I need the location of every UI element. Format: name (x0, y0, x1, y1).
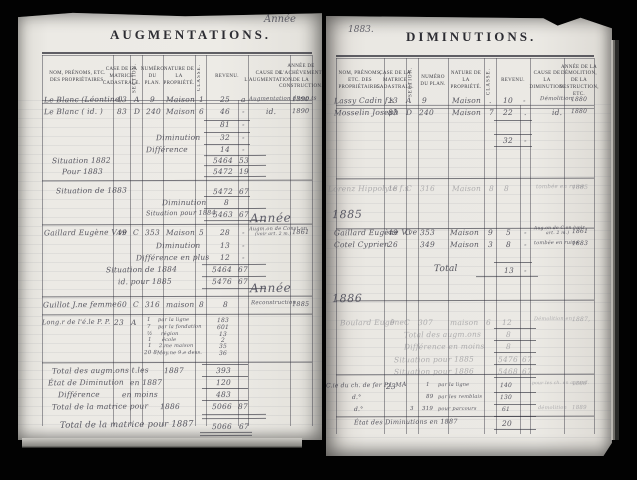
handwriting-entry: 5464 (213, 156, 233, 165)
handwriting-entry: a (241, 95, 246, 104)
handwriting-entry: Total de la matrice pour 1887 (60, 419, 194, 430)
table-column-line (564, 58, 565, 434)
year-handwritten-note: 1883. (348, 25, 374, 35)
handwriting-entry: Situation 1882 (52, 156, 111, 166)
handwriting-entry: 5472 (213, 167, 233, 176)
handwriting-entry: 393 (216, 366, 231, 375)
handwriting-entry: démolition (538, 405, 567, 411)
left-page-augmentations: AUGMENTATIONS. Année NOM, PRÉNOMS, ETC. … (18, 12, 322, 440)
handwriting-entry: Situation de 1883 (56, 186, 127, 196)
handwriting-entry: Long.r de l'é.le P. P. (42, 318, 110, 327)
handwriting-entry: 1885 (292, 300, 309, 308)
handwriting-entry: D (406, 108, 412, 117)
handwriting-entry: 353 (145, 228, 160, 237)
handwriting-entry: 1 (148, 343, 152, 349)
handwriting-entry: 8 (506, 240, 511, 249)
handdrawn-sum-line (202, 388, 248, 389)
handwriting-entry: 8 (223, 300, 228, 309)
handwriting-entry: 1885 (332, 208, 363, 221)
handwriting-entry: 26 (388, 240, 398, 249)
handwriting-entry: 25 (220, 95, 230, 104)
handwriting-entry: 240 (146, 107, 161, 116)
handwriting-entry: 81 (220, 120, 230, 129)
handwriting-entry: par la fondation (158, 324, 202, 330)
handwriting-entry: 7 (489, 108, 494, 117)
handwriting-entry: 319 (422, 406, 433, 412)
handwriting-entry: 32 (220, 133, 230, 142)
handwriting-entry: Total de la matrice pour (52, 401, 148, 411)
handwriting-entry: - (523, 96, 526, 105)
handwriting-entry: 49 (117, 228, 127, 237)
handwriting-entry: Démolition (540, 96, 573, 102)
handdrawn-sum-line (494, 364, 536, 365)
handdrawn-separator (336, 178, 594, 180)
handwriting-entry: 316 (145, 300, 160, 309)
handwriting-entry: 53 (239, 156, 249, 165)
handwriting-entry: D (134, 107, 140, 116)
handwriting-entry: 67 (238, 265, 248, 274)
handwriting-entry: 1887 (164, 366, 184, 375)
handwriting-entry: 353 (420, 228, 435, 237)
handwriting-entry: - (242, 241, 245, 250)
handwriting-entry: 3 (410, 406, 414, 412)
table-column-line (520, 105, 521, 434)
table-column-line (448, 58, 449, 434)
handwriting-entry: C (133, 300, 139, 309)
handwriting-entry: 28 (220, 228, 230, 237)
header-cell-section: SECTION. (131, 57, 141, 98)
header-cell-annee: ANNÉE de l'achèvement de la construction… (291, 57, 311, 98)
handwriting-entry: Le Blanc ( id. ) (44, 107, 103, 117)
handwriting-entry: 23 (386, 382, 396, 391)
handwriting-entry: 83 (388, 108, 398, 117)
handwriting-entry: 3 (488, 240, 493, 249)
handdrawn-separator (336, 300, 594, 302)
augmentations-title: AUGMENTATIONS. (110, 27, 271, 43)
handwriting-entry: 8 (506, 342, 511, 351)
handwriting-entry: 19 (239, 167, 249, 176)
handdrawn-sum-line (494, 404, 536, 405)
header-cell-revenu: REVENU. (207, 57, 247, 98)
handdrawn-sum-line (494, 328, 536, 329)
handdrawn-sum-line (202, 364, 248, 365)
handwriting-entry: maison (166, 300, 194, 309)
handwriting-entry: 601 (217, 324, 229, 331)
handwriting-entry: 67 (239, 187, 249, 196)
handwriting-entry: 1 (199, 95, 204, 104)
handwriting-entry: 67 (522, 367, 532, 376)
handwriting-entry: Situation pour 1885 (394, 355, 474, 365)
handwriting-entry: 89 (426, 394, 433, 400)
handwriting-entry: d.° (354, 406, 363, 413)
handdrawn-sum-line (494, 146, 532, 147)
handwriting-entry: 7 (147, 324, 151, 330)
handwriting-entry: 67 (238, 277, 248, 286)
header-cell-numero: NUMÉRO du PLAN. (143, 57, 162, 98)
handwriting-entry: 8 (506, 330, 511, 339)
handwriting-entry: 6 (486, 318, 491, 327)
handwriting-entry: 14 (220, 145, 230, 154)
handwriting-entry: Maison (166, 228, 195, 237)
handwriting-entry: Cotel Cyprien (334, 240, 389, 250)
handwriting-entry: 46 (220, 107, 230, 116)
handwriting-entry: Situation pour 1886 (394, 367, 474, 377)
handwriting-entry: 130 (500, 394, 512, 401)
handwriting-entry: Total (434, 264, 458, 274)
handdrawn-sum-line (476, 276, 538, 277)
handdrawn-sum-line (494, 352, 536, 353)
handwriting-entry: Année (250, 281, 291, 295)
handwriting-entry: 10 (503, 96, 513, 105)
table-column-line (594, 58, 595, 434)
handwriting-entry: 1890 (292, 107, 309, 115)
handdrawn-sum-line (200, 432, 252, 433)
handwriting-entry: 1880 (571, 96, 587, 103)
handdrawn-sum-line (202, 376, 248, 377)
handwriting-entry: Total des augm.ons t.les (52, 365, 149, 375)
handwriting-entry: Guillot J.ne femme (43, 300, 117, 310)
handwriting-entry: Moy.ne 9.e dess. (157, 350, 202, 356)
handwriting-entry: - (524, 136, 527, 145)
handwriting-entry: 2.me maison (159, 343, 193, 349)
handdrawn-separator (42, 180, 312, 182)
handwriting-entry: 8 (489, 184, 494, 193)
handwriting-entry: d.° (352, 394, 361, 401)
handwriting-entry: 13 (220, 241, 230, 250)
corner-handwritten-note: Année (264, 14, 296, 25)
handdrawn-sum-line (494, 416, 536, 417)
handdrawn-sum-line (494, 392, 536, 393)
handwriting-entry: 5464 (212, 265, 232, 274)
handwriting-entry: 67 (522, 355, 532, 364)
handwriting-entry: 1883 (572, 240, 588, 247)
handwriting-entry: . (489, 96, 492, 105)
header-cell-classe: CLASSE. (196, 57, 205, 98)
handwriting-entry: 9 (390, 318, 395, 327)
handwriting-entry: 8 (199, 300, 204, 309)
handwriting-entry: Année (250, 211, 291, 225)
handwriting-entry: . (524, 108, 527, 117)
handwriting-entry: Situation pour 1884 (146, 209, 216, 218)
table-column-line (290, 55, 291, 426)
handwriting-entry: Maison (166, 107, 195, 116)
handwriting-entry: 1861 (292, 228, 309, 236)
handwriting-entry: Différence en moins (404, 342, 485, 352)
table-column-line (42, 55, 43, 426)
handwriting-entry: 316 (420, 184, 435, 193)
handdrawn-sum-line (494, 120, 532, 121)
handwriting-entry: Diminution (156, 133, 200, 142)
handwriting-entry: - (242, 107, 245, 116)
diminutions-title: DIMINUTIONS. (406, 29, 536, 45)
handdrawn-sum-line (200, 435, 252, 436)
handwriting-entry: 5066 (212, 422, 232, 431)
handwriting-entry: 8 (224, 198, 229, 207)
table-column-line (312, 55, 313, 426)
handwriting-entry: Maison (452, 184, 481, 193)
handwriting-entry: 12 (220, 253, 230, 262)
handwriting-entry: par les remblais (438, 394, 482, 400)
handwriting-entry: 1880 (571, 108, 587, 115)
table-column-line (206, 55, 207, 426)
page-stack-edge (611, 40, 619, 440)
handdrawn-sum-line (494, 377, 536, 378)
handwriting-entry: Différence (146, 145, 188, 154)
handwriting-entry: Maison (166, 95, 195, 104)
header-cell-nom: NOM, PRÉNOMS, ETC. des PROPRIÉTAIRES. (43, 57, 112, 98)
handwriting-entry: 1886 (572, 381, 587, 387)
handwriting-entry: Diminution (156, 241, 200, 250)
handwriting-entry: 1885 (572, 184, 588, 191)
handwriting-entry: 20 (502, 419, 512, 428)
handwriting-entry: - (242, 120, 245, 129)
handwriting-entry: (voir art. 2 m.) (255, 232, 292, 237)
handwriting-entry: 1886 (160, 402, 180, 411)
handwriting-entry: Maison (450, 228, 479, 237)
handwriting-entry: A (402, 381, 407, 388)
page-underlay-edge (22, 438, 302, 448)
handwriting-entry: en moins (122, 390, 158, 399)
handwriting-entry: 140 (500, 382, 512, 389)
handwriting-entry: 60 (117, 300, 127, 309)
handwriting-entry: 483 (216, 390, 231, 399)
handwriting-entry: 5468 (498, 367, 518, 376)
handwriting-entry: 49 (388, 228, 398, 237)
handwriting-entry: - (524, 228, 527, 237)
handwriting-entry: 9 (150, 95, 155, 104)
handwriting-entry: id. (552, 108, 562, 117)
handwriting-entry: - (242, 133, 245, 142)
handwriting-entry: Total des augm.ons (404, 330, 481, 340)
handwriting-entry: 67 (239, 422, 249, 431)
handwriting-entry: 20 8 (144, 350, 157, 356)
handdrawn-separator (42, 296, 312, 298)
handwriting-entry: 5 (506, 228, 511, 237)
handwriting-entry: Démolition en (534, 316, 572, 322)
handdrawn-separator (42, 362, 312, 364)
handwriting-entry: C (404, 318, 410, 327)
handwriting-entry: Lassy Cadin f.s (334, 96, 394, 106)
handwriting-entry: 5476 (498, 355, 518, 364)
handdrawn-sum-line (494, 340, 536, 341)
handwriting-entry: Situation de 1884 (106, 265, 177, 275)
handwriting-entry: Gaillard Eugène V.ve (44, 228, 127, 238)
handwriting-entry: 1886 (332, 292, 363, 305)
handwriting-entry: 13 (117, 95, 127, 104)
handdrawn-sum-line (494, 262, 532, 263)
handwriting-entry: Différence en plus (136, 253, 210, 263)
handwriting-entry: id. pour 1885 (118, 277, 172, 287)
handwriting-entry: État des Diminutions en 1887 (354, 417, 458, 426)
handdrawn-sum-line (202, 418, 266, 419)
handwriting-entry: 240 (419, 108, 434, 117)
handwriting-entry: 9 (488, 228, 493, 237)
header-cell-case: CASE de la MATRICE cadastrale. (114, 57, 129, 98)
handwriting-entry: 23 (114, 318, 124, 327)
handwriting-entry: 1 (147, 317, 151, 323)
handwriting-entry: 18 (388, 184, 398, 193)
handdrawn-sum-line (494, 429, 536, 430)
handwriting-entry: Maison (452, 108, 481, 117)
handwriting-entry: 13 (388, 96, 398, 105)
handdrawn-sum-line (204, 196, 250, 197)
handwriting-entry: 13 (504, 266, 514, 275)
handwriting-entry: Différence (58, 390, 100, 399)
handdrawn-sum-line (202, 400, 248, 401)
handwriting-entry: Maison (450, 240, 479, 249)
handwriting-entry: 1861 (572, 228, 588, 235)
handwriting-entry: 83 (117, 107, 127, 116)
handwriting-entry: A (131, 318, 137, 327)
handwriting-entry: - (242, 253, 245, 262)
scanned-register-spread: AUGMENTATIONS. Année NOM, PRÉNOMS, ETC. … (0, 0, 637, 480)
handwriting-entry: 5472 (213, 187, 233, 196)
handwriting-entry: 9 (422, 96, 427, 105)
handwriting-entry: Reconstruction (251, 300, 296, 306)
right-page-diminutions: 1883. DIMINUTIONS. NOM, PRÉNOMS, ETC. de… (326, 16, 612, 456)
handwriting-entry: État de Diminution (48, 378, 124, 388)
handwriting-entry: 1 (426, 382, 430, 388)
handwriting-entry: 61 (502, 406, 510, 413)
handwriting-entry: 87 (238, 402, 248, 411)
table-column-line (484, 58, 485, 434)
handwriting-entry: C (406, 184, 412, 193)
handwriting-entry: 36 (219, 350, 227, 357)
handwriting-entry: 32 (503, 136, 513, 145)
handwriting-entry: par la ligne (158, 317, 189, 323)
handwriting-entry: 1887, (572, 316, 590, 323)
handwriting-entry: par la ligne (438, 382, 469, 388)
handwriting-entry: 5 (199, 228, 204, 237)
handwriting-entry: 120 (216, 378, 231, 387)
handwriting-entry: Le Blanc (Léontine) (44, 95, 123, 105)
handdrawn-sum-line (494, 134, 532, 135)
handwriting-entry: A (134, 95, 140, 104)
handwriting-entry: C (133, 228, 139, 237)
handwriting-entry: 5066 (212, 402, 232, 411)
handdrawn-sum-line (202, 414, 266, 415)
handwriting-entry: pour parcours (438, 406, 477, 412)
handwriting-entry: 8 (504, 184, 509, 193)
handwriting-entry: 1889 (572, 405, 587, 411)
handwriting-entry: 12 (502, 318, 512, 327)
handwriting-entry: 67 (239, 210, 249, 219)
handwriting-entry: A (406, 96, 412, 105)
handwriting-entry: Diminution (162, 198, 206, 207)
handdrawn-separator (42, 314, 312, 316)
handwriting-entry: - (524, 266, 527, 275)
handwriting-entry: Maison (452, 96, 481, 105)
handwriting-entry: - (242, 228, 245, 237)
handwriting-entry: - (242, 145, 245, 154)
handwriting-entry: art. 2 m.) (546, 231, 569, 236)
handdrawn-separator (336, 416, 594, 418)
table-column-line (248, 55, 249, 426)
header-cell-nature: NATURE de LA PROPRIÉTÉ. (164, 57, 194, 98)
handwriting-entry: 22 (503, 108, 513, 117)
handwriting-entry: C (405, 228, 411, 237)
handwriting-entry: 6 (199, 107, 204, 116)
handwriting-entry: Pour 1883 (62, 167, 103, 176)
handwriting-entry: 1890 (292, 95, 309, 103)
handwriting-entry: maison (450, 318, 478, 327)
handwriting-entry: 349 (420, 240, 435, 249)
handwriting-entry: 307 (418, 318, 433, 327)
handwriting-entry: - (524, 240, 527, 249)
handwriting-entry: 5463 (213, 210, 233, 219)
handwriting-entry: en 1887 (130, 378, 162, 387)
handwriting-entry: 5476 (212, 277, 232, 286)
handwriting-entry: id. (266, 107, 276, 116)
